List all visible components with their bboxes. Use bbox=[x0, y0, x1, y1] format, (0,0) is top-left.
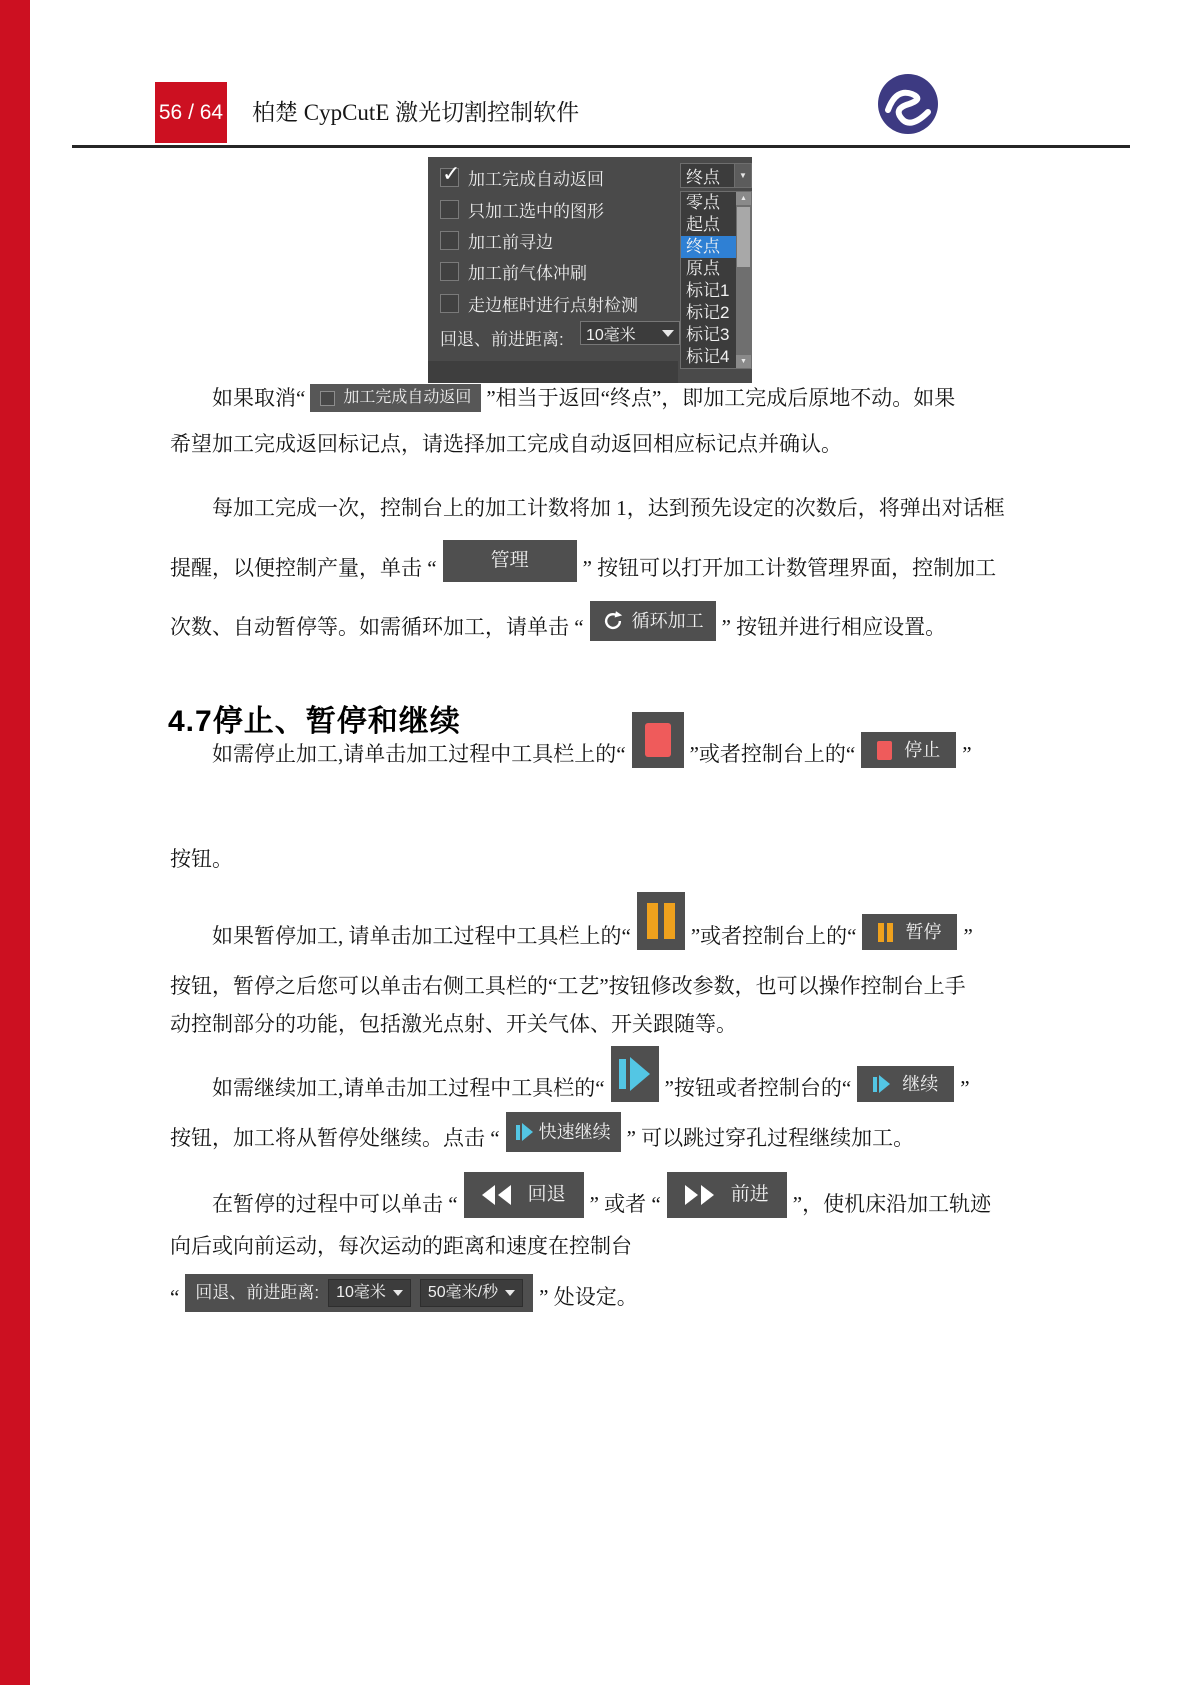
loop-button-label: 循环加工 bbox=[632, 606, 704, 636]
dialog-cropped-row bbox=[428, 361, 678, 383]
text: “ bbox=[170, 1282, 179, 1312]
text: 按钮，加工将从暂停处继续。点击 “ bbox=[170, 1123, 500, 1153]
panel-speed-value: 50毫米/秒 bbox=[428, 1278, 498, 1308]
text: ” 可以跳过穿孔过程继续加工。 bbox=[627, 1123, 915, 1153]
play-icon bbox=[873, 1075, 890, 1093]
header-divider bbox=[72, 145, 1130, 148]
paragraph-back-forward: 在暂停的过程中可以单击 “ 回退 ” 或者 “ 前进 ”，使机床沿加工轨迹 bbox=[212, 1172, 991, 1219]
paragraph-distance-panel: “ 回退、前进距离: 10毫米 50毫米/秒 ” 处设定。 bbox=[170, 1274, 638, 1312]
chevron-down-icon bbox=[662, 330, 674, 337]
distance-row: 回退、前进距离: bbox=[440, 327, 564, 347]
paragraph-pause: 如果暂停加工, 请单击加工过程中工具栏上的“ ”或者控制台上的“ 暂停 ” bbox=[212, 892, 973, 951]
option-label: 加工前寻边 bbox=[468, 228, 553, 253]
checkmark-icon: ✓ bbox=[442, 161, 460, 187]
paragraph-stop-line-2: 按钮。 bbox=[170, 845, 233, 873]
paragraph-pause-line-2: 按钮，暂停之后您可以单击右侧工具栏的“工艺”按钮修改参数，也可以操作控制台上手 bbox=[170, 972, 966, 1000]
checkbox-checked[interactable]: ✓ bbox=[440, 168, 459, 187]
paragraph-2: 每加工完成一次，控制台上的加工计数将加 1，达到预先设定的次数后，将弹出对话框 bbox=[212, 494, 1005, 522]
stop-button-label: 停止 bbox=[904, 735, 940, 765]
return-point-dropdown: 零点 起点 终点 原点 标记1 标记2 标记3 标记4 ▲ ▼ bbox=[680, 191, 752, 369]
paragraph-3: 提醒，以便控制产量，单击 “ 管理 ” 按钮可以打开加工计数管理界面，控制加工 bbox=[170, 540, 996, 583]
combo-dropdown-button[interactable]: ▼ bbox=[734, 164, 751, 187]
option-label: 加工前气体冲刷 bbox=[468, 259, 587, 284]
paragraph-pause-line-3: 动控制部分的功能，包括激光点射、开关气体、开关跟随等。 bbox=[170, 1010, 737, 1038]
option-row-edge-seek[interactable]: 加工前寻边 bbox=[440, 230, 553, 250]
option-label: 加工完成自动返回 bbox=[468, 165, 604, 190]
text: 如果暂停加工, 请单击加工过程中工具栏上的“ bbox=[212, 921, 631, 951]
chevron-down-icon bbox=[505, 1290, 515, 1296]
pause-bars-icon bbox=[664, 903, 675, 939]
text: ” 按钮可以打开加工计数管理界面，控制加工 bbox=[583, 553, 997, 583]
text: ”相当于返回“终点”，即加工完成后原地不动。如果 bbox=[486, 383, 955, 413]
panel-distance-value: 10毫米 bbox=[336, 1278, 386, 1308]
backward-button[interactable]: 回退 bbox=[464, 1172, 584, 1218]
paragraph-resume: 如需继续加工,请单击加工过程中工具栏的“ ”按钮或者控制台的“ 继续 ” bbox=[212, 1046, 970, 1103]
resume-button-label: 继续 bbox=[902, 1069, 938, 1099]
company-logo-icon bbox=[876, 72, 940, 136]
manage-button-label: 管理 bbox=[491, 546, 529, 576]
distance-speed-panel: 回退、前进距离: 10毫米 50毫米/秒 bbox=[185, 1274, 533, 1312]
stop-console-button[interactable]: 停止 bbox=[861, 732, 956, 768]
text: ”，使机床沿加工轨迹 bbox=[793, 1189, 991, 1219]
chevron-down-icon: ▼ bbox=[739, 171, 747, 180]
play-icon bbox=[619, 1059, 626, 1089]
checkbox-unchecked[interactable] bbox=[320, 391, 335, 406]
text: 次数、自动暂停等。如需循环加工，请单击 “ bbox=[170, 612, 584, 642]
text: 如需停止加工,请单击加工过程中工具栏上的“ bbox=[212, 739, 626, 769]
panel-distance-combo[interactable]: 10毫米 bbox=[328, 1279, 411, 1307]
chevron-down-icon bbox=[393, 1290, 403, 1296]
text: 如果取消“ bbox=[212, 383, 305, 413]
double-right-arrow-icon bbox=[701, 1185, 714, 1205]
stop-square-icon bbox=[877, 741, 892, 760]
combo-value: 终点 bbox=[681, 163, 734, 188]
text: ” 按钮并进行相应设置。 bbox=[722, 612, 947, 642]
distance-combo[interactable]: 10毫米 bbox=[580, 321, 680, 345]
option-row-auto-return[interactable]: ✓ 加工完成自动返回 bbox=[440, 167, 604, 187]
backward-label: 回退 bbox=[528, 1180, 566, 1210]
text: ” 或者 “ bbox=[590, 1189, 661, 1219]
stop-toolbar-button[interactable] bbox=[632, 712, 684, 768]
checkbox-unchecked[interactable] bbox=[440, 262, 459, 281]
scrollbar-thumb[interactable] bbox=[737, 207, 750, 267]
page-number: 56 / 64 bbox=[159, 101, 223, 125]
text: 提醒，以便控制产量，单击 “ bbox=[170, 553, 437, 583]
loop-processing-button[interactable]: 循环加工 bbox=[590, 601, 716, 641]
checkbox-unchecked[interactable] bbox=[440, 294, 459, 313]
option-label: 只加工选中的图形 bbox=[468, 197, 604, 222]
text: 如需继续加工,请单击加工过程中工具栏的“ bbox=[212, 1073, 605, 1103]
paragraph-1-line-2: 希望加工完成返回标记点，请选择加工完成自动返回相应标记点并确认。 bbox=[170, 430, 842, 458]
option-label: 走边框时进行点射检测 bbox=[468, 291, 638, 316]
pause-bars-icon bbox=[647, 903, 658, 939]
manual-page: 56 / 64 柏楚 CypCutE 激光切割控制软件 ✓ 加工完成自动返回 只… bbox=[0, 0, 1192, 1685]
processing-options-dialog: ✓ 加工完成自动返回 只加工选中的图形 加工前寻边 加工前气体冲刷 走边框时进行… bbox=[428, 157, 752, 383]
distance-value: 10毫米 bbox=[586, 322, 636, 345]
panel-label: 回退、前进距离: bbox=[195, 1278, 319, 1308]
paragraph-back-forward-line-2: 向后或向前运动，每次运动的距离和速度在控制台 bbox=[170, 1232, 632, 1260]
panel-speed-combo[interactable]: 50毫米/秒 bbox=[420, 1279, 523, 1307]
text: ” 处设定。 bbox=[539, 1282, 638, 1312]
paragraph-fast-resume: 按钮，加工将从暂停处继续。点击 “ 快速继续 ” 可以跳过穿孔过程继续加工。 bbox=[170, 1112, 914, 1153]
checkbox-unchecked[interactable] bbox=[440, 231, 459, 250]
fast-resume-button[interactable]: 快速继续 bbox=[506, 1112, 621, 1152]
resume-console-button[interactable]: 继续 bbox=[857, 1066, 954, 1102]
double-right-arrow-icon bbox=[685, 1185, 698, 1205]
paragraph-4: 次数、自动暂停等。如需循环加工，请单击 “ 循环加工 ” 按钮并进行相应设置。 bbox=[170, 601, 946, 642]
checkbox-unchecked[interactable] bbox=[440, 200, 459, 219]
resume-toolbar-button[interactable] bbox=[611, 1046, 659, 1102]
auto-return-checkbox-chip[interactable]: 加工完成自动返回 bbox=[310, 384, 481, 412]
paragraph-stop: 如需停止加工,请单击加工过程中工具栏上的“ ”或者控制台上的“ 停止 ” bbox=[212, 712, 972, 769]
return-point-combo[interactable]: 终点 ▼ bbox=[680, 163, 752, 188]
fast-resume-label: 快速继续 bbox=[539, 1117, 611, 1147]
forward-label: 前进 bbox=[731, 1180, 769, 1210]
pause-bars-icon bbox=[878, 923, 893, 942]
double-left-arrow-icon bbox=[482, 1185, 495, 1205]
paragraph-1-line-1: 如果取消“ 加工完成自动返回 ”相当于返回“终点”，即加工完成后原地不动。如果 bbox=[212, 383, 955, 413]
option-row-frame-burst[interactable]: 走边框时进行点射检测 bbox=[440, 293, 638, 313]
text: ” bbox=[962, 739, 971, 769]
manage-button[interactable]: 管理 bbox=[443, 540, 577, 582]
text: ”或者控制台上的“ bbox=[690, 739, 856, 769]
stop-square-icon bbox=[645, 723, 671, 757]
page-edge-stripe bbox=[0, 0, 30, 1685]
text: 在暂停的过程中可以单击 “ bbox=[212, 1189, 458, 1219]
text: ”按钮或者控制台的“ bbox=[665, 1073, 852, 1103]
forward-button[interactable]: 前进 bbox=[667, 1172, 787, 1218]
pause-toolbar-button[interactable] bbox=[637, 892, 685, 950]
pause-console-button[interactable]: 暂停 bbox=[862, 914, 957, 950]
dropdown-scrollbar[interactable]: ▲ ▼ bbox=[736, 192, 751, 368]
play-icon bbox=[516, 1123, 533, 1141]
text: ” bbox=[960, 1073, 969, 1103]
distance-label: 回退、前进距离: bbox=[440, 325, 564, 350]
option-row-selected-only[interactable]: 只加工选中的图形 bbox=[440, 199, 604, 219]
cycle-icon bbox=[602, 610, 624, 632]
pause-button-label: 暂停 bbox=[905, 917, 941, 947]
chip-label: 加工完成自动返回 bbox=[343, 383, 471, 413]
document-title: 柏楚 CypCutE 激光切割控制软件 bbox=[252, 94, 579, 127]
play-icon bbox=[630, 1057, 650, 1091]
text: ”或者控制台上的“ bbox=[691, 921, 857, 951]
double-left-arrow-icon bbox=[498, 1185, 511, 1205]
scroll-down-icon[interactable]: ▼ bbox=[736, 355, 751, 368]
page-number-badge: 56 / 64 bbox=[155, 82, 227, 143]
scroll-up-icon[interactable]: ▲ bbox=[736, 192, 751, 205]
option-row-gas-flush[interactable]: 加工前气体冲刷 bbox=[440, 261, 587, 281]
text: ” bbox=[963, 921, 972, 951]
